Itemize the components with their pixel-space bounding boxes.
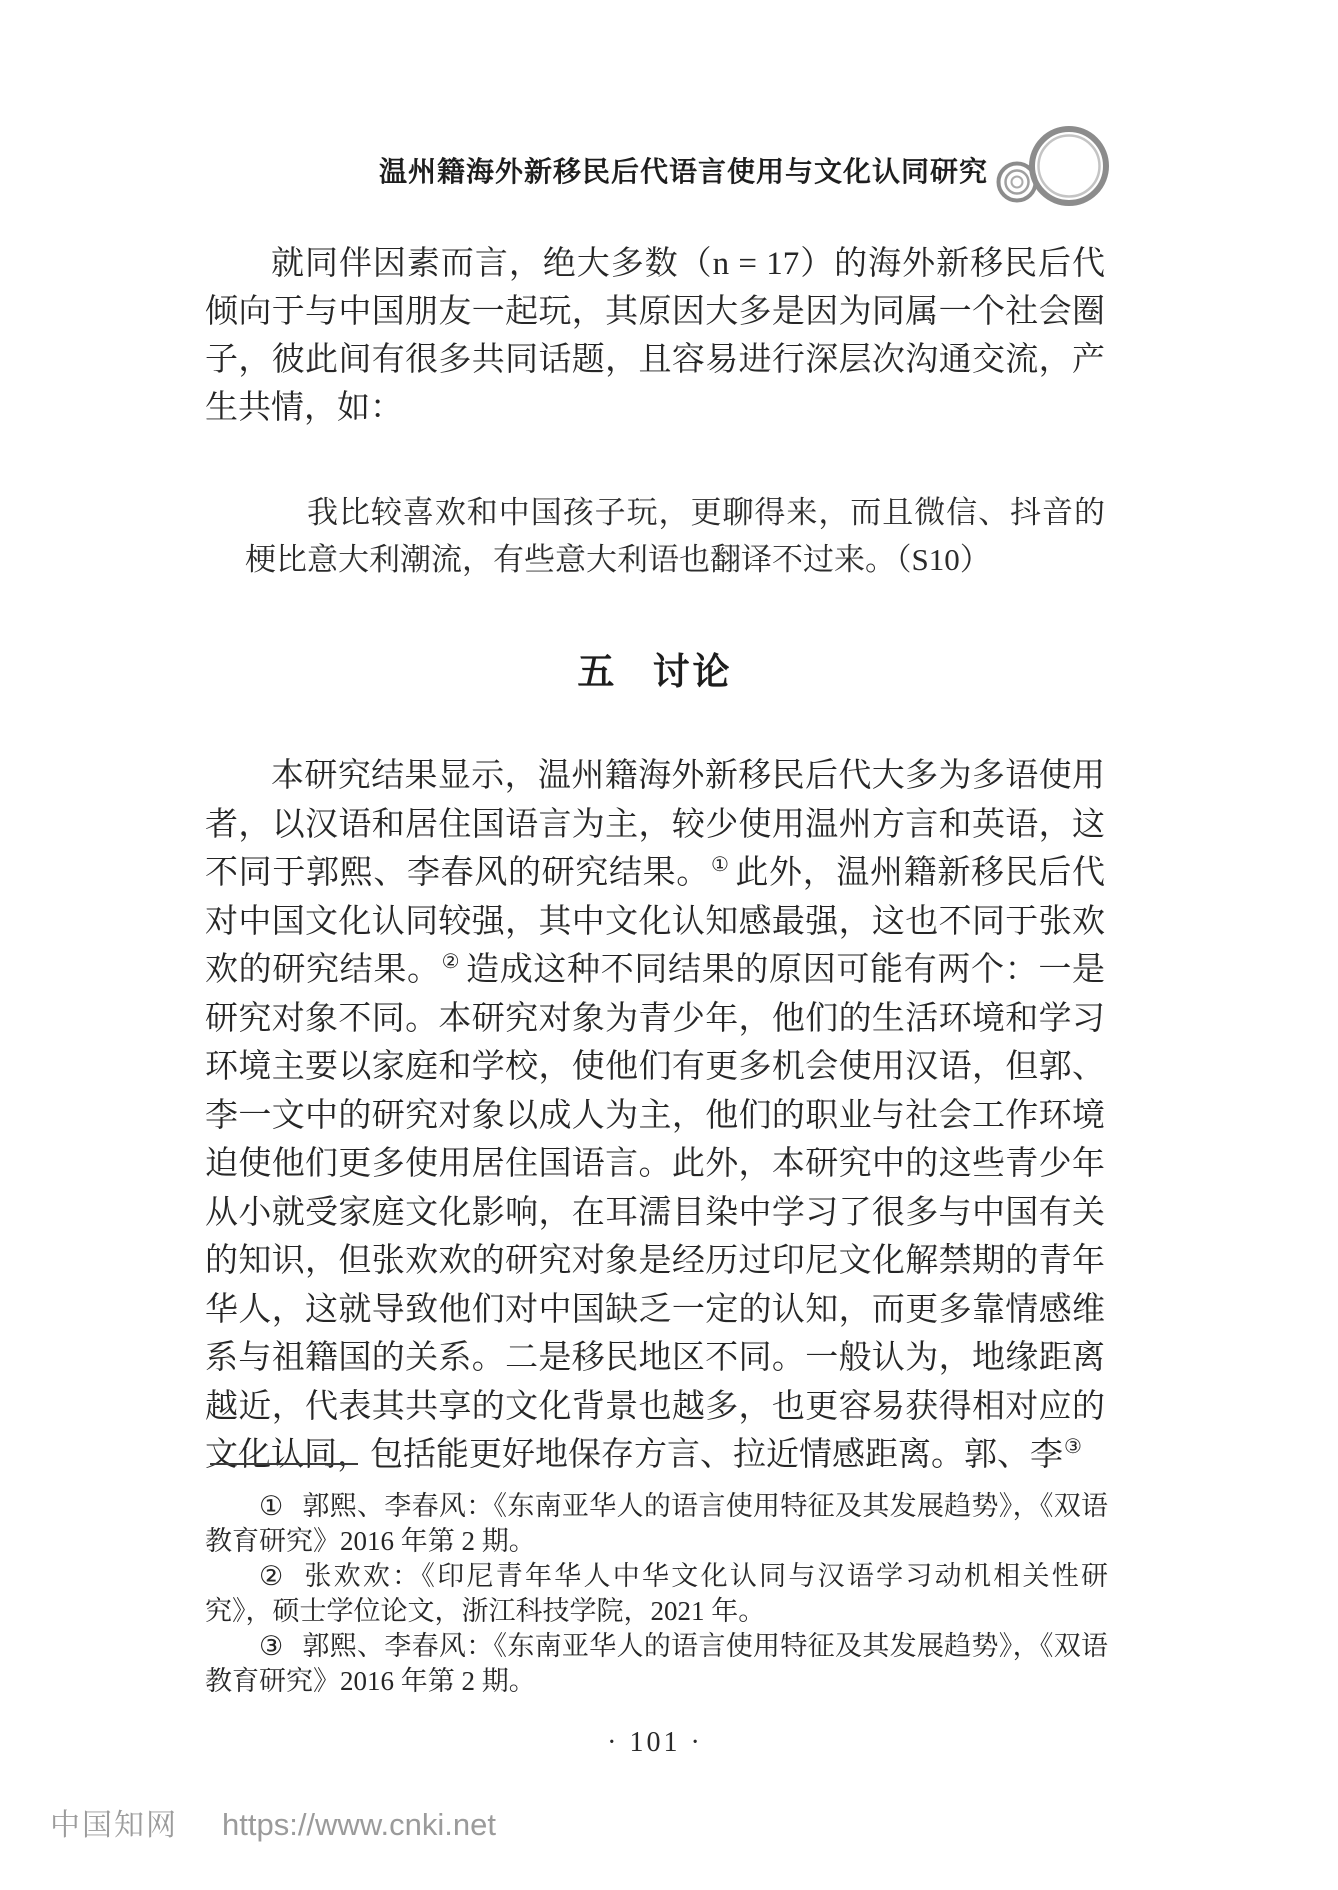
cnki-url: https://www.cnki.net bbox=[222, 1807, 496, 1843]
logo-large-ring-inner bbox=[1039, 136, 1100, 197]
paragraph-discussion: 本研究结果显示，温州籍海外新移民后代大多为多语使用者，以汉语和居住国语言为主，较… bbox=[205, 752, 1105, 1480]
section-heading: 五讨论 bbox=[205, 641, 1105, 695]
footnote-marker-1: ① bbox=[259, 1491, 284, 1521]
footnote-marker-2: ② bbox=[259, 1561, 285, 1591]
footnote-item-1: ①郭熙、李春风：《东南亚华人的语言使用特征及其发展趋势》，《双语教育研究》201… bbox=[205, 1489, 1108, 1559]
footnote-text-1: 郭熙、李春风：《东南亚华人的语言使用特征及其发展趋势》，《双语教育研究》2016… bbox=[205, 1491, 1108, 1556]
page-number: · 101 · bbox=[205, 1727, 1105, 1759]
footnote-item-2: ②张欢欢：《印尼青年华人中华文化认同与汉语学习动机相关性研究》，硕士学位论文，浙… bbox=[205, 1559, 1108, 1629]
running-head-title: 温州籍海外新移民后代语言使用与文化认同研究 bbox=[205, 150, 988, 190]
logo-small-ring-middle bbox=[1006, 171, 1029, 194]
paragraph-peer-factor: 就同伴因素而言，绝大多数（n = 17）的海外新移民后代倾向于与中国朋友一起玩，… bbox=[205, 240, 1105, 432]
footnote-ref-1: ① bbox=[711, 854, 729, 876]
logo-large-ring-outer bbox=[1032, 129, 1106, 203]
cnki-site-name: 中国知网 bbox=[50, 1800, 178, 1844]
footnote-separator bbox=[210, 1463, 358, 1465]
interview-quote: 我比较喜欢和中国孩子玩，更聊得来，而且微信、抖音的梗比意大利潮流，有些意大利语也… bbox=[245, 489, 1105, 583]
footnote-text-3: 郭熙、李春风：《东南亚华人的语言使用特征及其发展趋势》，《双语教育研究》2016… bbox=[205, 1631, 1108, 1696]
footnote-ref-2: ② bbox=[442, 951, 460, 973]
logo-small-ring-center bbox=[1012, 177, 1023, 188]
footnote-ref-3: ③ bbox=[1064, 1436, 1082, 1458]
logo-small-ring-outer bbox=[999, 164, 1036, 201]
footnotes-block: ①郭熙、李春风：《东南亚华人的语言使用特征及其发展趋势》，《双语教育研究》201… bbox=[205, 1489, 1108, 1699]
cnki-watermark: 中国知网 https://www.cnki.net bbox=[50, 1800, 496, 1844]
rings-logo-icon bbox=[996, 116, 1114, 218]
footnote-text-2: 张欢欢：《印尼青年华人中华文化认同与汉语学习动机相关性研究》，硕士学位论文，浙江… bbox=[205, 1561, 1108, 1626]
document-page: 温州籍海外新移民后代语言使用与文化认同研究 就同伴因素而言，绝大多数（n = 1… bbox=[0, 0, 1338, 1890]
discussion-text-3: 造成这种不同结果的原因可能有两个：一是研究对象不同。本研究对象为青少年，他们的生… bbox=[205, 952, 1105, 1473]
section-title: 讨论 bbox=[653, 652, 733, 693]
footnote-marker-3: ③ bbox=[259, 1631, 284, 1661]
footnote-item-3: ③郭熙、李春风：《东南亚华人的语言使用特征及其发展趋势》，《双语教育研究》201… bbox=[205, 1629, 1108, 1699]
section-number: 五 bbox=[577, 652, 617, 693]
